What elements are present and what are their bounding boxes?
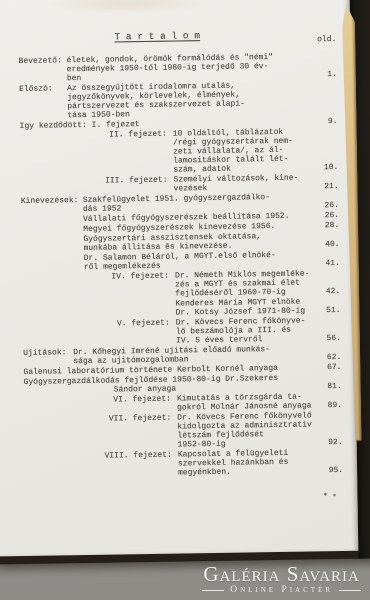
toc-entry-page-number: 10. (298, 163, 338, 173)
toc-entry-page-number: 89. (311, 401, 342, 410)
toc-page: T a r t a l o m old. Bevezető:életek, go… (0, 0, 358, 556)
watermark: Galéria Savaria Online Piactér (196, 564, 367, 596)
toc-entry-label: VI. fejezet: (24, 395, 171, 406)
toc-entry-page-number: 42. (310, 287, 341, 296)
toc-entry: Előszó:Az összegyűjtött irodalomra utalá… (19, 80, 338, 121)
paper-specks (323, 492, 337, 497)
toc-entry-body: Előszó:Az összegyűjtött irodalomra utalá… (19, 81, 298, 121)
title-row: T a r t a l o m old. (18, 29, 336, 49)
toc-entry: VIII. fejezet:Kapcsolat a felügyeletisze… (25, 448, 343, 480)
photo-of-book-page: { "page": { "title": "T a r t a l o m", … (0, 0, 370, 600)
page-title: T a r t a l o m (18, 30, 296, 49)
toc-entry-label: III. fejezet: (20, 176, 167, 187)
toc-entry-body: II. fejezet:10 oldaltól, táblázatok/régi… (20, 128, 299, 177)
toc-entry-page-number: 95. (303, 466, 343, 476)
watermark-subtitle: Online Piactér (196, 585, 367, 596)
watermark-title: Galéria Savaria (196, 564, 367, 585)
toc-entry-page-number: 41. (300, 259, 340, 269)
toc-entry-label: VII. fejezet: (24, 414, 171, 425)
toc-entry-label: V. fejezet: (23, 319, 170, 330)
toc-entry-body: VII. fejezet:Dr. Kövecs Ferenc főkönyvel… (24, 411, 312, 452)
toc-entry-label: II. fejezet: (20, 130, 167, 141)
toc-entry: IV. fejezet:Dr. Németh Miklós megemléke-… (22, 269, 340, 301)
toc-entry-page-number: 40. (299, 240, 339, 250)
toc-entry-page-number: 26. (299, 201, 339, 211)
toc-entry-label: Kinevezések: (21, 196, 79, 206)
toc-entry-label: Bevezető: (19, 56, 62, 66)
toc-entry-page-number: 26. (299, 211, 339, 221)
toc-entry-page-number: 1. (297, 70, 337, 80)
toc-entry-label: IV. fejezet: (22, 272, 169, 283)
toc-entry-page-number: 81. (302, 382, 342, 392)
toc-entry-line: megyénkben. (178, 467, 303, 478)
toc-entry-body: VIII. fejezet:Kapcsolat a felügyeletisze… (25, 449, 303, 480)
page-column-header: old. (296, 35, 336, 45)
toc-entry-page-number: 67. (301, 363, 341, 373)
toc-entry-label: Előszó: (19, 84, 53, 94)
toc-entry-page-number: 51. (305, 306, 341, 316)
toc-entry-page-number: 9. (298, 117, 338, 127)
toc-entry: II. fejezet:10 oldaltól, táblázatok/régi… (20, 127, 339, 177)
toc-entry-page-number: 21. (299, 182, 339, 192)
toc-entry-label: Ujitások: (23, 348, 66, 358)
toc-entry: V. fejezet:Dr. Kövecs Ferenc főkönyve-lő… (23, 316, 341, 348)
toc-entry-page-number: 28. (299, 221, 339, 231)
toc-entry-page-number: 62. (301, 353, 341, 363)
toc-entry: Bevezető:életek, gondok, örömök formálód… (19, 52, 337, 84)
book: T a r t a l o m old. Bevezető:életek, go… (0, 0, 370, 564)
toc-content: T a r t a l o m old. Bevezető:életek, go… (0, 0, 357, 481)
toc-entry: VII. fejezet:Dr. Kövecs Ferenc főkönyvel… (24, 411, 343, 452)
toc-entry-body: Bevezető:életek, gondok, örömök formálód… (19, 53, 297, 84)
toc-entry-body: V. fejezet:Dr. Kövecs Ferenc főkönyve-lő… (23, 317, 306, 348)
toc-entry-page-number: 92. (312, 438, 343, 447)
toc-entry-page-number: 56. (306, 334, 342, 344)
toc-entry-body: IV. fejezet:Dr. Németh Miklós megemléke-… (22, 269, 310, 301)
toc-entry-label: VIII. fejezet: (25, 451, 172, 462)
toc-entries: Bevezető:életek, gondok, örömök formálód… (19, 52, 344, 480)
